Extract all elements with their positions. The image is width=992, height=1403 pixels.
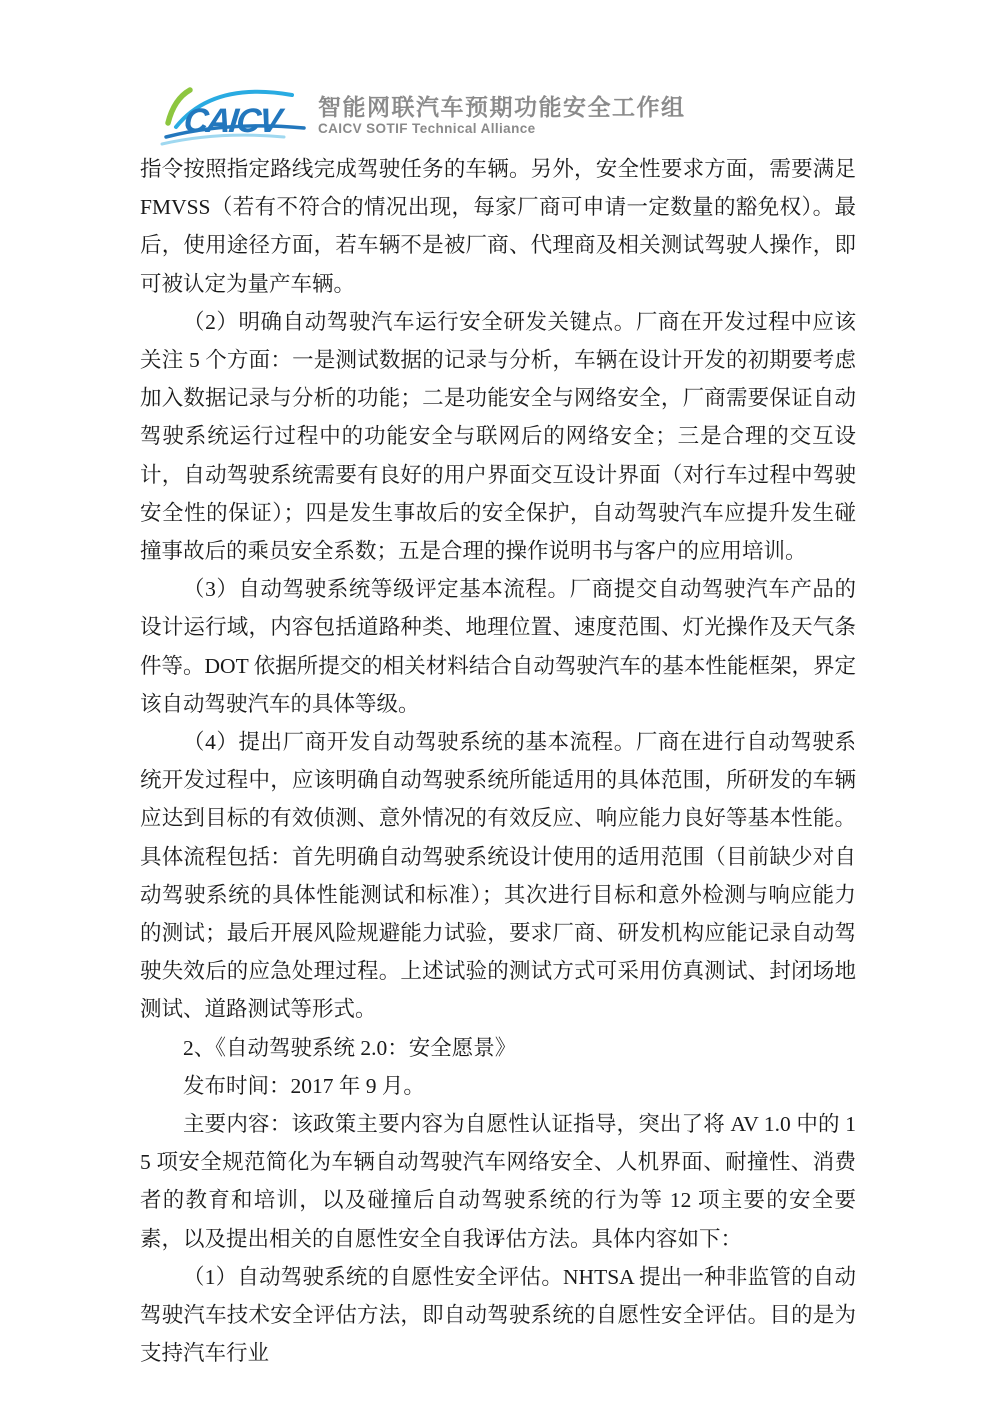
org-title-english: CAICV SOTIF Technical Alliance bbox=[318, 120, 686, 137]
section-heading-policy-2: 2、《自动驾驶系统 2.0：安全愿景》 bbox=[140, 1029, 856, 1067]
caicv-logo-icon: CAICV bbox=[158, 83, 310, 147]
header: CAICV 智能网联汽车预期功能安全工作组 CAICV SOTIF Techni… bbox=[158, 82, 686, 148]
paragraph-point-1: （1）自动驾驶系统的自愿性安全评估。NHTSA 提出一种非监管的自动驾驶汽车技术… bbox=[140, 1258, 856, 1373]
header-titles: 智能网联汽车预期功能安全工作组 CAICV SOTIF Technical Al… bbox=[318, 94, 686, 137]
paragraph-point-4: （4）提出厂商开发自动驾驶系统的基本流程。厂商在进行自动驾驶系统开发过程中，应该… bbox=[140, 723, 856, 1029]
paragraph-continuation: 指令按照指定路线完成驾驶任务的车辆。另外，安全性要求方面，需要满足 FMVSS（… bbox=[140, 150, 856, 303]
org-title-chinese: 智能网联汽车预期功能安全工作组 bbox=[318, 94, 686, 120]
paragraph-point-2: （2）明确自动驾驶汽车运行安全研发关键点。厂商在开发过程中应该关注 5 个方面：… bbox=[140, 303, 856, 570]
document-page: CAICV 智能网联汽车预期功能安全工作组 CAICV SOTIF Techni… bbox=[0, 0, 992, 1403]
page-number: 5 bbox=[0, 1230, 992, 1250]
release-date-line: 发布时间：2017 年 9 月。 bbox=[140, 1067, 856, 1105]
paragraph-point-3: （3）自动驾驶系统等级评定基本流程。厂商提交自动驾驶汽车产品的设计运行域，内容包… bbox=[140, 570, 856, 723]
document-body: 指令按照指定路线完成驾驶任务的车辆。另外，安全性要求方面，需要满足 FMVSS（… bbox=[140, 150, 856, 1373]
